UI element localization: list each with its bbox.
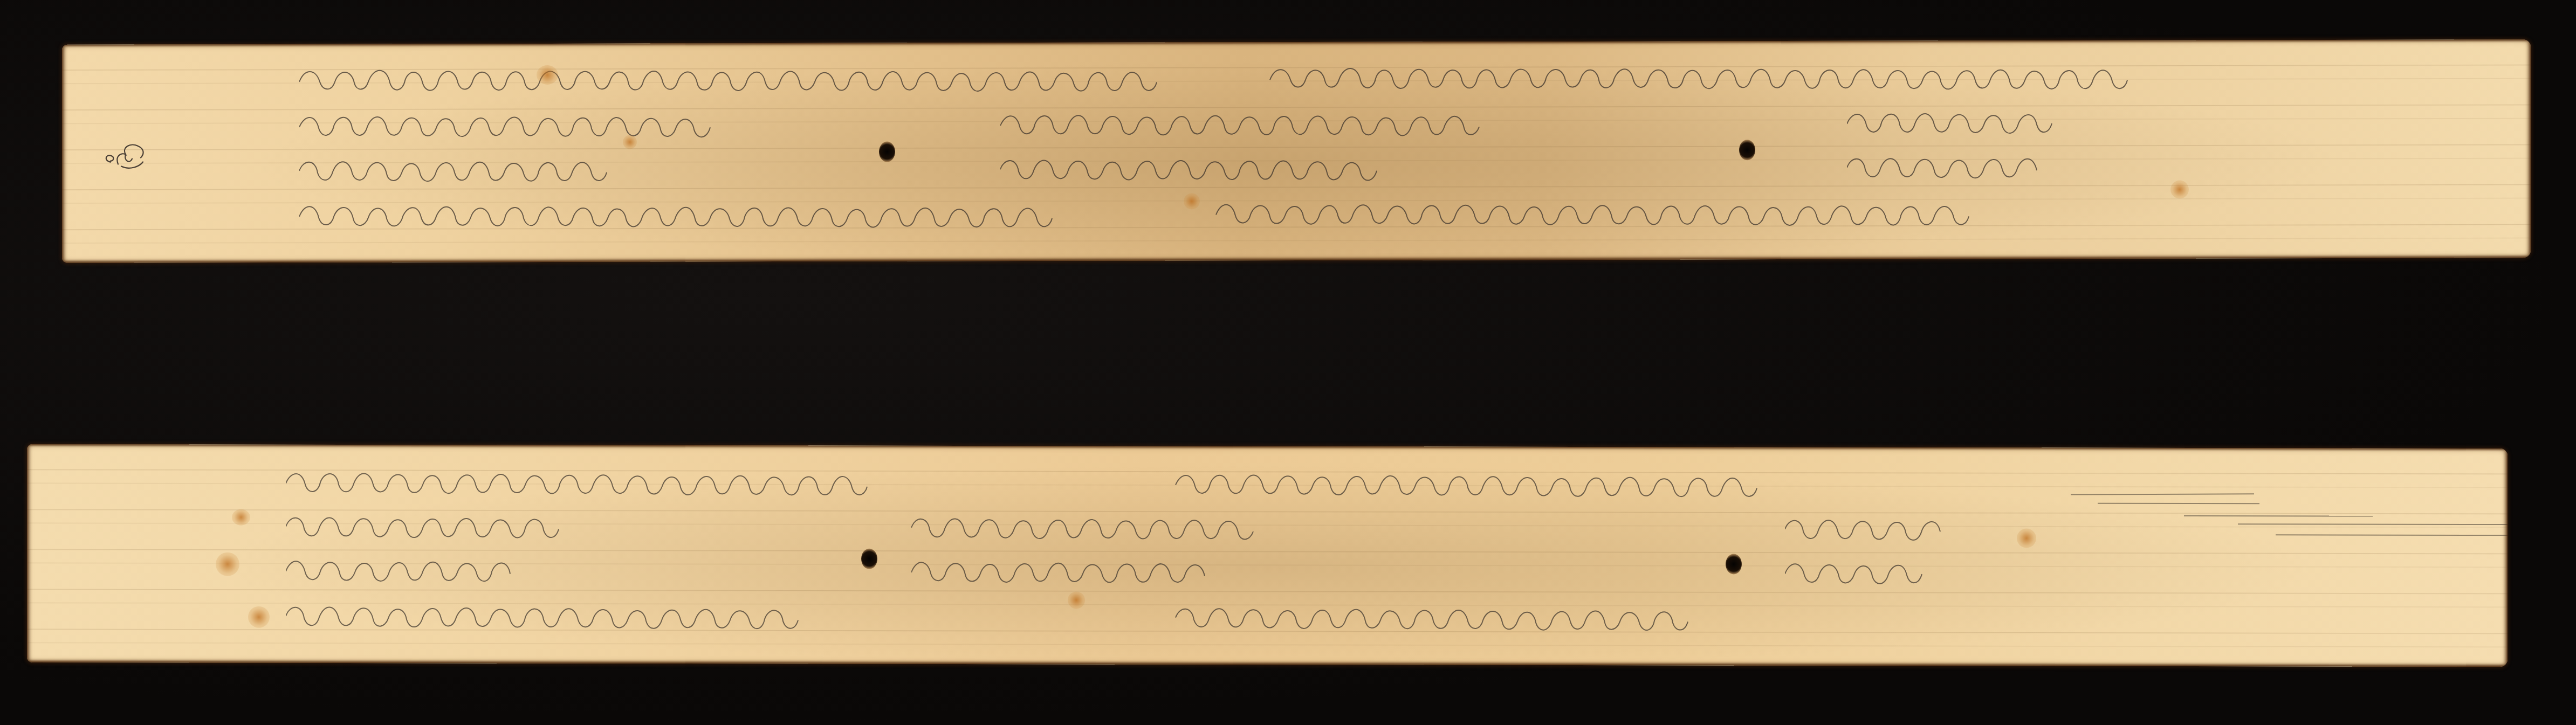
script-line-2c: [1847, 101, 2181, 139]
folio-numeral: ᭙᭒: [100, 130, 159, 174]
string-hole-left: [861, 549, 877, 569]
script-line-2a: [Balinese script, line 2]: [286, 505, 825, 544]
stain: [216, 553, 239, 576]
palm-leaf-2: [Balinese script, line 1] [Balinese scri…: [27, 444, 2508, 667]
script-line-2a: [Balinese script, line 2]: [299, 103, 909, 142]
script-line-3a: [Balinese script, line 3]: [286, 550, 825, 589]
stain: [2170, 181, 2189, 199]
script-line-2c: [1785, 508, 2087, 546]
script-line-3a: [Balinese script, line 3]: [299, 148, 909, 187]
stain: [248, 606, 270, 628]
string-hole-right: [1739, 140, 1755, 160]
palm-leaf-1: ᭙᭒ [Balinese script, line 1] [Balinese s…: [62, 39, 2531, 263]
script-line-3c: [1785, 553, 2087, 591]
script-line-1: [Balinese script, line 1]: [299, 54, 2181, 95]
stain: [1068, 591, 1085, 609]
script-line-1: [Balinese script, line 1]: [286, 461, 2087, 502]
script-line-4: [Balinese script, line 4]: [299, 191, 2181, 233]
string-hole-right: [1726, 554, 1742, 574]
script-line-2b: [911, 506, 1666, 545]
script-line-2b: [1000, 101, 1755, 141]
stain: [2017, 528, 2036, 548]
script-line-3b: [911, 551, 1666, 590]
stain: [623, 135, 637, 149]
script-line-4: [Balinese script, line 4]: [286, 595, 2087, 636]
string-hole-left: [879, 142, 895, 162]
script-line-3c: [1847, 146, 2181, 184]
stain: [1184, 193, 1200, 209]
stain: [232, 509, 250, 526]
stain: [537, 65, 558, 85]
script-line-3b: [1000, 146, 1755, 185]
